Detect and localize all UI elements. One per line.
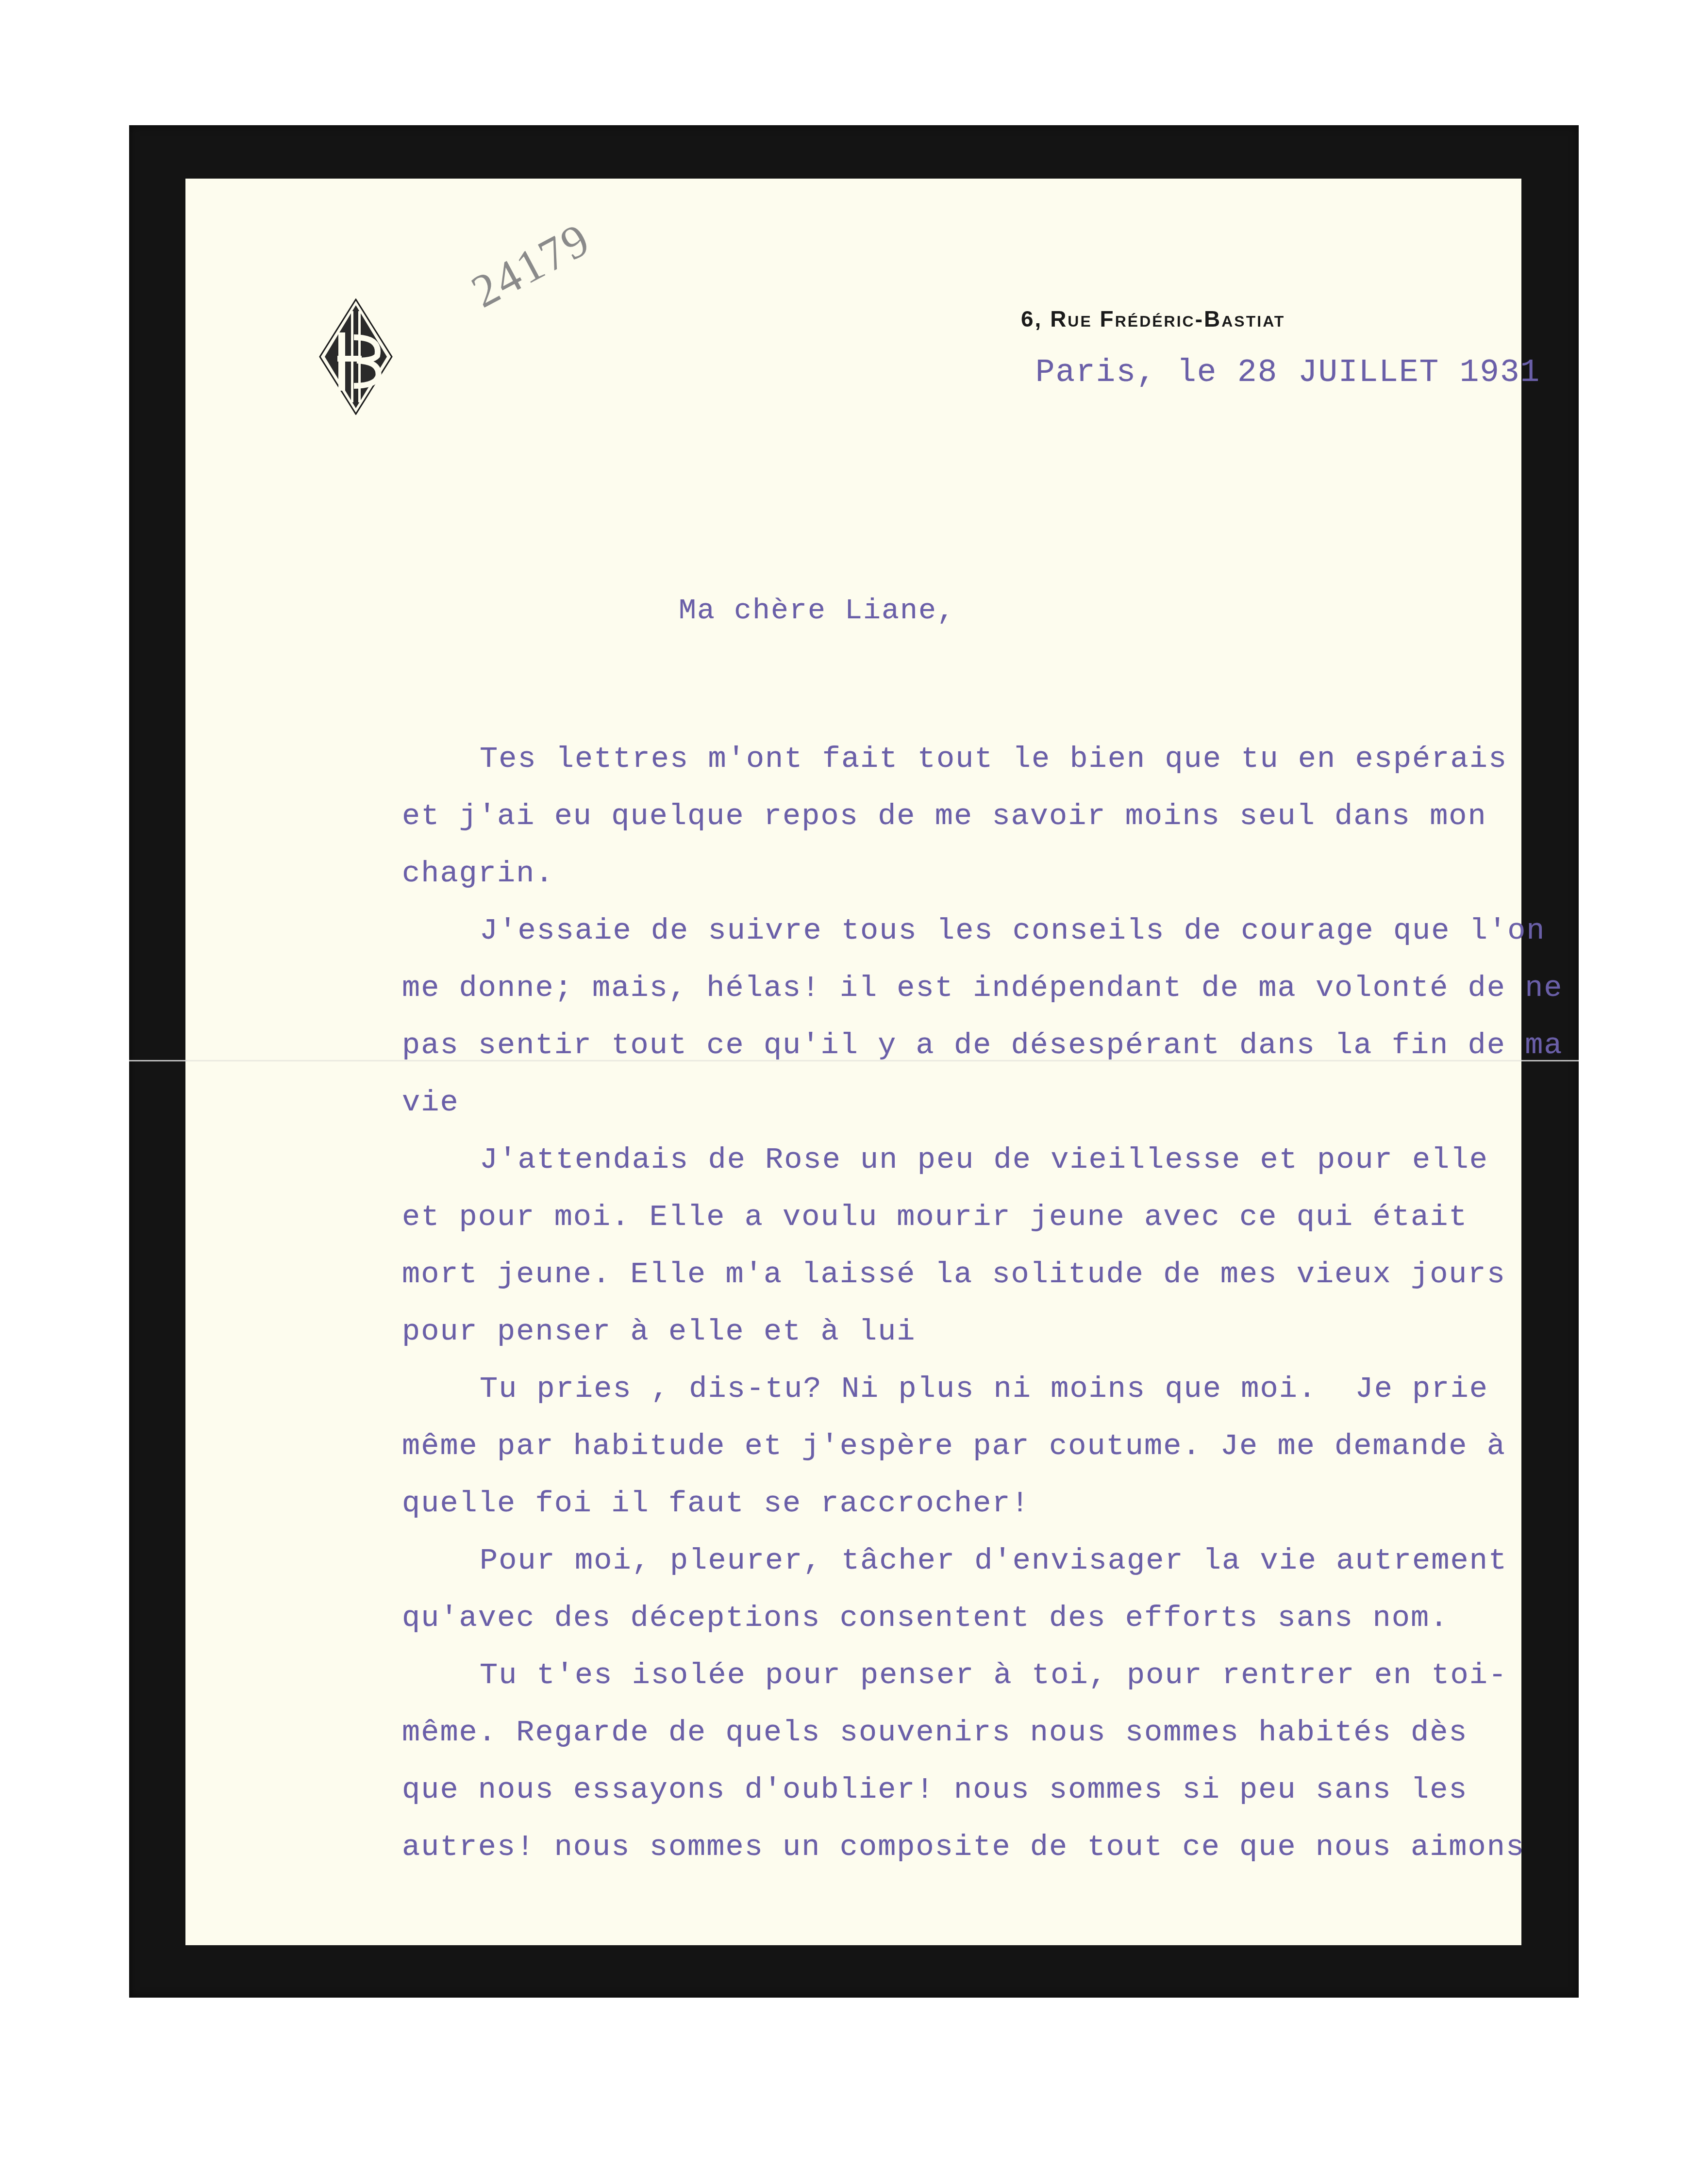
text-line: et j'ai eu quelque repos de me savoir mo…	[402, 788, 1499, 845]
text-line: Tes lettres m'ont fait tout le bien que …	[402, 730, 1499, 788]
text-line: quelle foi il faut se raccrocher!	[402, 1475, 1499, 1532]
text-line: Tu pries , dis-tu? Ni plus ni moins que …	[402, 1360, 1499, 1418]
letter-body: Tes lettres m'ont fait tout le bien que …	[402, 730, 1499, 1876]
salutation: Ma chère Liane,	[679, 595, 955, 628]
text-line: que nous essayons d'oublier! nous sommes…	[402, 1761, 1499, 1819]
paragraph: Tu pries , dis-tu? Ni plus ni moins que …	[402, 1360, 1499, 1532]
text-line: Tu t'es isolée pour penser à toi, pour r…	[402, 1647, 1499, 1704]
paragraph: J'attendais de Rose un peu de vieillesse…	[402, 1131, 1499, 1360]
text-line: J'attendais de Rose un peu de vieillesse…	[402, 1131, 1499, 1189]
text-line: pour penser à elle et à lui	[402, 1303, 1499, 1360]
text-line: pas sentir tout ce qu'il y a de désespér…	[402, 1017, 1499, 1074]
paragraph: Tes lettres m'ont fait tout le bien que …	[402, 730, 1499, 902]
text-line: autres! nous sommes un composite de tout…	[402, 1819, 1499, 1876]
text-line: J'essaie de suivre tous les conseils de …	[402, 902, 1499, 960]
text-line: chagrin.	[402, 845, 1499, 902]
text-line: mort jeune. Elle m'a laissé la solitude …	[402, 1246, 1499, 1303]
text-line: même. Regarde de quels souvenirs nous so…	[402, 1704, 1499, 1761]
text-line: qu'avec des déceptions consentent des ef…	[402, 1589, 1499, 1647]
paragraph: Tu t'es isolée pour penser à toi, pour r…	[402, 1647, 1499, 1876]
text-line: et pour moi. Elle a voulu mourir jeune a…	[402, 1189, 1499, 1246]
text-line: vie	[402, 1074, 1499, 1131]
letterhead-address: 6, Rue Frédéric-Bastiat	[1021, 306, 1285, 332]
text-line: me donne; mais, hélas! il est indépendan…	[402, 960, 1499, 1017]
diamond-monogram-icon	[319, 298, 393, 415]
text-line: Pour moi, pleurer, tâcher d'envisager la…	[402, 1532, 1499, 1589]
text-line: même par habitude et j'espère par coutum…	[402, 1418, 1499, 1475]
place-date: Paris, le 28 JUILLET 1931	[1035, 354, 1540, 391]
paragraph: J'essaie de suivre tous les conseils de …	[402, 902, 1499, 1131]
paragraph: Pour moi, pleurer, tâcher d'envisager la…	[402, 1532, 1499, 1647]
